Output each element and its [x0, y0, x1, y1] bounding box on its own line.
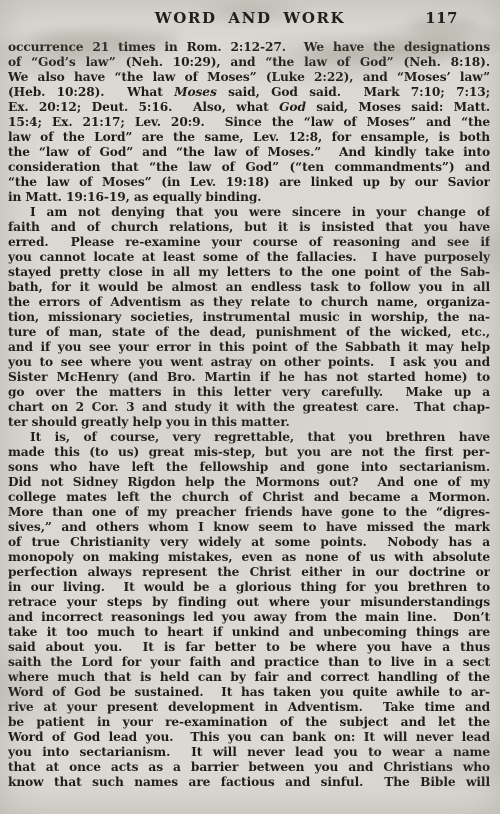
- text-line: college mates left the church of Christ …: [8, 490, 490, 505]
- text-line: faith and of church relations, but it is…: [8, 220, 490, 235]
- text-line: in Matt. 19:16-19, as equally binding.: [8, 190, 490, 205]
- text-line: ter should greatly help you in this matt…: [8, 415, 490, 430]
- text-line: chart on 2 Cor. 3 and study it with the …: [8, 400, 490, 415]
- text-line: sives,” and others whom I know seem to h…: [8, 520, 490, 535]
- text-line: More than one of my preacher friends hav…: [8, 505, 490, 520]
- text-line: know that such names are factious and si…: [8, 775, 490, 790]
- text-line: sons who have left the fellowship and go…: [8, 460, 490, 475]
- text-line: “the law of Moses” (in Lev. 19:18) are l…: [8, 175, 490, 190]
- text-line: We also have “the law of Moses” (Luke 2:…: [8, 70, 490, 85]
- text-line: Sister McHenry (and Bro. Martin if he ha…: [8, 370, 490, 385]
- text-line: Word of God be sustained. It has taken y…: [8, 685, 490, 700]
- text-line: stayed pretty close in all my letters to…: [8, 265, 490, 280]
- text-line: made this (to us) great mis-step, but yo…: [8, 445, 490, 460]
- text-line: consideration that “the law of God” (“te…: [8, 160, 490, 175]
- text-line: Word of God lead you. This you can bank …: [8, 730, 490, 745]
- text-line: monopoly on making mistakes, even as non…: [8, 550, 490, 565]
- text-line: bath, for it would be almost an endless …: [8, 280, 490, 295]
- text-line: take it too much to heart if unkind and …: [8, 625, 490, 640]
- text-line: law of the Lord” are the same, Lev. 12:8…: [8, 130, 490, 145]
- text-line: the “law of God” and “the law of Moses.”…: [8, 145, 490, 160]
- paragraph-2: I am not denying that you were sincere i…: [8, 205, 490, 430]
- text-line: go over the matters in this letter very …: [8, 385, 490, 400]
- paragraph-3: It is, of course, very regrettable, that…: [8, 430, 490, 790]
- text-line: It is, of course, very regrettable, that…: [8, 430, 490, 445]
- text-line: Did not Sidney Rigdon help the Mormons o…: [8, 475, 490, 490]
- page-number: 117: [425, 9, 458, 27]
- text-line: you cannot locate at least some of the f…: [8, 250, 490, 265]
- text-line: (Heb. 10:28). What Moses said, God said.…: [8, 85, 490, 100]
- paragraph-1: occurrence 21 times in Rom. 2:12-27. We …: [8, 40, 490, 205]
- text-line: said about you. It is far better to be w…: [8, 640, 490, 655]
- text-line: that at once acts as a barrier between y…: [8, 760, 490, 775]
- text-line: where much that is held can by fair and …: [8, 670, 490, 685]
- text-line: and incorrect reasonings led you away fr…: [8, 610, 490, 625]
- text-line: retrace your steps by finding out where …: [8, 595, 490, 610]
- text-line: perfection always represent the Christ e…: [8, 565, 490, 580]
- text-line: saith the Lord for your faith and practi…: [8, 655, 490, 670]
- text-line: Ex. 20:12; Deut. 5:16. Also, what God sa…: [8, 100, 490, 115]
- text-line: rive at your present development in Adve…: [8, 700, 490, 715]
- text-line: erred. Please re-examine your course of …: [8, 235, 490, 250]
- text-line: of “God’s law” (Neh. 10:29), and “the la…: [8, 55, 490, 70]
- text-line: occurrence 21 times in Rom. 2:12-27. We …: [8, 40, 490, 55]
- page-header: WORD AND WORK 117: [0, 0, 500, 31]
- text-line: in our living. It would be a glorious th…: [8, 580, 490, 595]
- text-line: of true Christianity very widely at some…: [8, 535, 490, 550]
- text-line: you into sectarianism. It will never lea…: [8, 745, 490, 760]
- text-line: ture of man, state of the dead, punishme…: [8, 325, 490, 340]
- scanned-page: WORD AND WORK 117 occurrence 21 times in…: [0, 0, 500, 814]
- text-line: and if you see your error in this point …: [8, 340, 490, 355]
- text-line: tion, missionary societies, instrumental…: [8, 310, 490, 325]
- text-line: be patient in your re-examination of the…: [8, 715, 490, 730]
- text-line: I am not denying that you were sincere i…: [8, 205, 490, 220]
- text-line: 15:4; Ex. 21:17; Lev. 20:9. Since the “l…: [8, 115, 490, 130]
- text-line: the errors of Adventism as they relate t…: [8, 295, 490, 310]
- page-body: occurrence 21 times in Rom. 2:12-27. We …: [0, 31, 500, 790]
- text-line: you to see where you went astray on othe…: [8, 355, 490, 370]
